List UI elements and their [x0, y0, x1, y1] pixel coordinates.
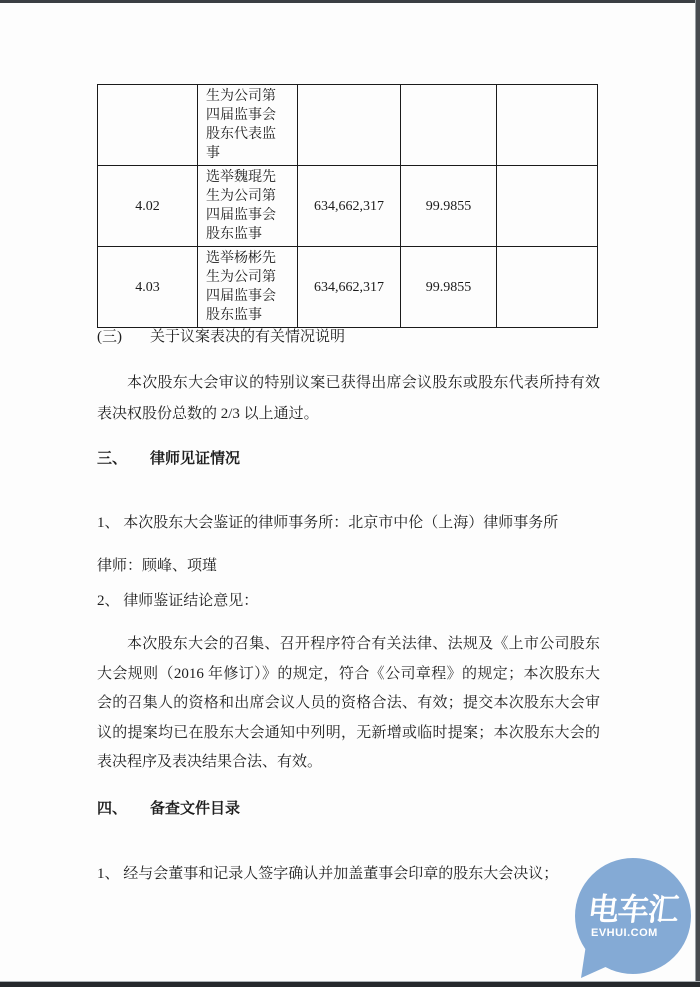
table-row: 4.03 选举杨彬先生为公司第四届监事会股东监事 634,662,317 99.…: [98, 247, 598, 328]
document-page: 生为公司第四届监事会股东代表监事 4.02 选举魏琨先生为公司第四届监事会股东监…: [0, 0, 700, 987]
cell-extra: [497, 247, 598, 328]
cell-proposal-no: 4.03: [98, 247, 198, 328]
cell-proposal-desc: 选举杨彬先生为公司第四届监事会股东监事: [198, 247, 298, 328]
cell-votes: 634,662,317: [298, 166, 401, 247]
list-item-lawyer-opinion: 2、 律师鉴证结论意见：: [97, 588, 600, 614]
cell-proposal-no: 4.02: [98, 166, 198, 247]
section-heading-lawyer-witness: 三、律师见证情况: [97, 446, 600, 472]
section-number: 三、: [97, 446, 150, 472]
section-heading-reference-documents: 四、备查文件目录: [97, 796, 600, 822]
evhui-watermark-logo: 电车汇 EVHUI.COM: [573, 856, 695, 978]
cell-percentage: 99.9855: [401, 166, 497, 247]
cell-proposal-desc: 选举魏琨先生为公司第四届监事会股东监事: [198, 166, 298, 247]
section-number: 四、: [97, 796, 150, 822]
logo-domain-text: EVHUI.COM: [591, 927, 658, 939]
page-top-edge: [0, 0, 700, 3]
table-row: 生为公司第四届监事会股东代表监事: [98, 85, 598, 166]
paragraph-lawyer-conclusion: 本次股东大会的召集、召开程序符合有关法律、法规及《上市公司股东大会规则（2016…: [97, 630, 600, 778]
page-right-edge: [695, 0, 700, 987]
page-bottom-edge: [0, 981, 700, 987]
subsection-number: (三): [97, 324, 150, 350]
paragraph-special-resolution: 本次股东大会审议的特别议案已获得出席会议股东或股东代表所持有效表决权股份总数的 …: [97, 368, 600, 430]
list-item-law-firm: 1、 本次股东大会鉴证的律师事务所：北京市中伦（上海）律师事务所: [97, 510, 600, 536]
cell-percentage: [401, 85, 497, 166]
cell-percentage: 99.9855: [401, 247, 497, 328]
list-item-resolution-document: 1、 经与会董事和记录人签字确认并加盖董事会印章的股东大会决议；: [97, 861, 600, 887]
cell-votes: [298, 85, 401, 166]
section-title: 律师见证情况: [150, 450, 240, 467]
logo-chinese-name: 电车汇: [586, 894, 680, 926]
speech-bubble-icon: 电车汇 EVHUI.COM: [575, 858, 691, 974]
subsection-heading-vote-explanation: (三)关于议案表决的有关情况说明: [97, 324, 600, 350]
cell-votes: 634,662,317: [298, 247, 401, 328]
cell-proposal-no: [98, 85, 198, 166]
section-title: 备查文件目录: [150, 800, 240, 817]
lawyers-names: 律师：顾峰、项瑾: [97, 553, 600, 579]
table-row: 4.02 选举魏琨先生为公司第四届监事会股东监事 634,662,317 99.…: [98, 166, 598, 247]
subsection-title: 关于议案表决的有关情况说明: [150, 329, 345, 345]
vote-results-table: 生为公司第四届监事会股东代表监事 4.02 选举魏琨先生为公司第四届监事会股东监…: [97, 84, 598, 328]
cell-extra: [497, 166, 598, 247]
cell-extra: [497, 85, 598, 166]
cell-proposal-desc: 生为公司第四届监事会股东代表监事: [198, 85, 298, 166]
